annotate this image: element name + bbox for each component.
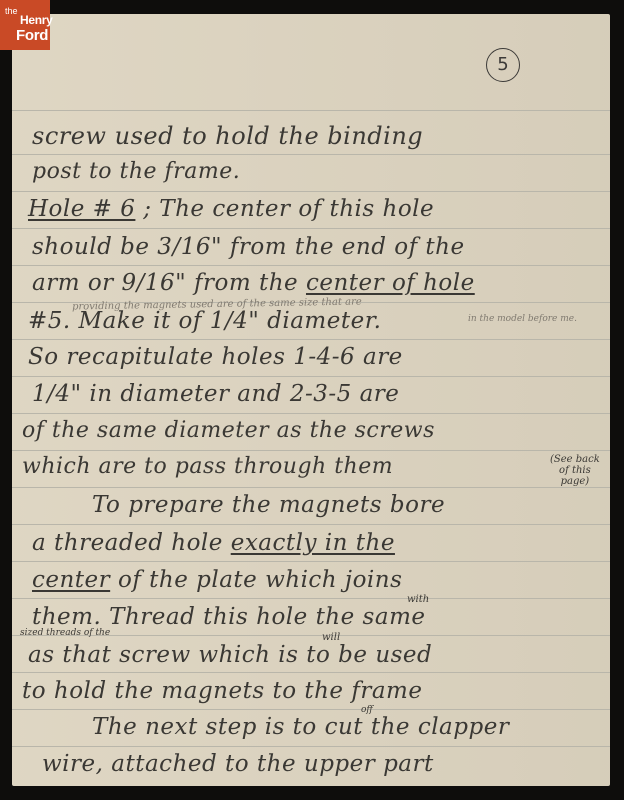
center-underlined: center bbox=[32, 567, 110, 593]
center-of-hole-underlined: center of hole bbox=[306, 270, 475, 296]
text-line-4: should be 3/16" from the end of the bbox=[32, 234, 465, 260]
text-line-8: 1/4" in diameter and 2-3-5 are bbox=[32, 381, 399, 407]
text-line-6: #5. Make it of 1/4" diameter. bbox=[28, 308, 381, 334]
text-line-3: Hole # 6 ; The center of this hole bbox=[28, 196, 434, 222]
ruled-line bbox=[12, 709, 610, 710]
text-line-10: which are to pass through them bbox=[22, 454, 393, 479]
ruled-line bbox=[12, 191, 610, 192]
logo-the: the bbox=[5, 7, 18, 16]
logo-ford: Ford bbox=[16, 28, 48, 43]
see-back-line-1: (See back bbox=[550, 454, 600, 465]
henry-ford-logo: the Henry Ford bbox=[0, 0, 50, 50]
ruled-line bbox=[12, 561, 610, 562]
text-line-5: arm or 9/16" from the center of hole bbox=[32, 270, 475, 296]
text-line-3-body: ; The center of this hole bbox=[135, 196, 434, 222]
text-line-15: as that screw which is to be used bbox=[28, 642, 432, 668]
see-back-annotation: (See back of this page) bbox=[550, 454, 600, 487]
page-number: 5 bbox=[486, 48, 520, 82]
text-line-7: So recapitulate holes 1-4-6 are bbox=[28, 344, 403, 370]
text-line-1: screw used to hold the binding bbox=[32, 122, 423, 150]
manuscript-page: 5 screw used to hold the binding post to… bbox=[12, 14, 610, 786]
ruled-line bbox=[12, 524, 610, 525]
pencil-annotation-model: in the model before me. bbox=[468, 314, 577, 324]
ruled-line bbox=[12, 450, 610, 451]
text-line-18: wire, attached to the upper part bbox=[42, 751, 434, 777]
text-line-11: To prepare the magnets bore bbox=[92, 492, 445, 518]
text-line-2: post to the frame. bbox=[32, 159, 240, 184]
ruled-line bbox=[12, 376, 610, 377]
ruled-line bbox=[12, 339, 610, 340]
text-line-9: of the same diameter as the screws bbox=[22, 418, 435, 443]
logo-henry: Henry bbox=[20, 14, 53, 26]
ruled-line bbox=[12, 154, 610, 155]
exactly-in-the-underlined: exactly in the bbox=[231, 530, 395, 556]
ruled-line bbox=[12, 228, 610, 229]
text-line-16: to hold the magnets to the frame bbox=[22, 678, 422, 704]
ruled-line bbox=[12, 746, 610, 747]
text-line-14: them. Thread this hole the same bbox=[32, 604, 425, 630]
insert-sized-threads: sized threads of the bbox=[20, 628, 110, 638]
ruled-line bbox=[12, 110, 610, 111]
text-line-5-body: arm or 9/16" from the bbox=[32, 270, 306, 296]
text-line-13-body: of the plate which joins bbox=[110, 567, 402, 593]
ruled-line bbox=[12, 265, 610, 266]
text-line-12-body: a threaded hole bbox=[32, 530, 231, 556]
ruled-line bbox=[12, 487, 610, 488]
text-line-13: center of the plate which joins bbox=[32, 567, 402, 593]
hole-6-heading: Hole # 6 bbox=[28, 196, 135, 222]
text-line-17: The next step is to cut the clapper bbox=[92, 714, 509, 740]
ruled-line bbox=[12, 413, 610, 414]
text-line-12: a threaded hole exactly in the bbox=[32, 530, 395, 556]
see-back-line-2: of this bbox=[550, 465, 600, 476]
ruled-line bbox=[12, 598, 610, 599]
see-back-line-3: page) bbox=[550, 476, 600, 487]
ruled-line bbox=[12, 672, 610, 673]
